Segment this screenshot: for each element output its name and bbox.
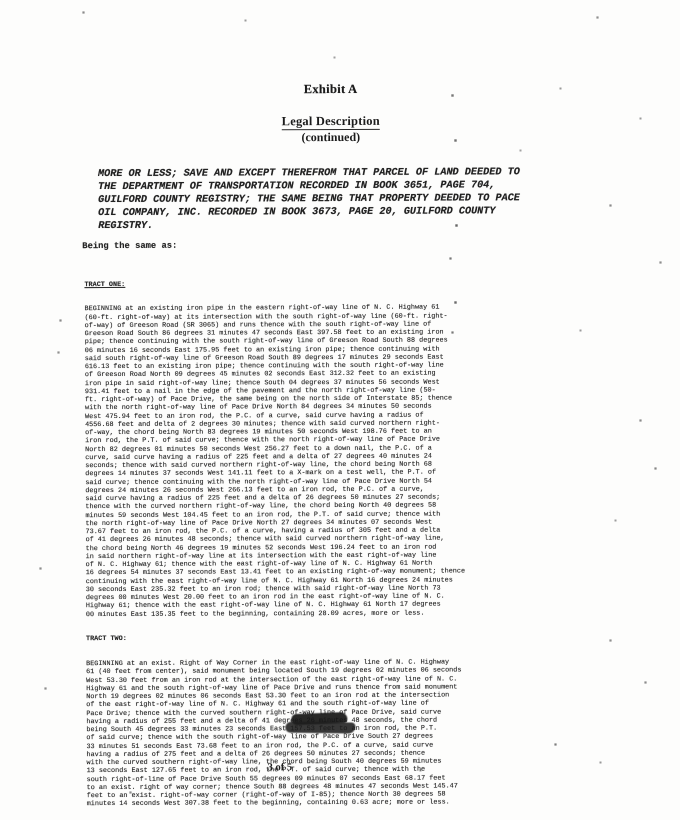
text-line: REGISTRY. [98,218,578,233]
exhibit-title: Exhibit A [0,81,663,99]
tract-one-text: BEGINNING at an existing iron pipe in th… [85,303,586,619]
text-line: 00 minutes East 135.35 feet to the begin… [86,608,586,618]
ink-smudge-blob [285,711,355,741]
subtitle-continued: (continued) [0,129,663,147]
being-same-as-line: Being the same as: [82,241,177,251]
text-line: MORE OR LESS; SAVE AND EXCEPT THEREFROM … [98,166,578,181]
ink-smudge-strip-bottom [285,722,355,734]
text-line: minutes 14 seconds West 307.38 feet to t… [87,798,587,808]
tract-two-heading: TRACT TWO: [86,633,586,643]
document-subtitle: Legal Description [0,113,663,131]
scanned-document-page: Exhibit A Legal Description (continued) … [0,0,680,820]
document-content: Exhibit A Legal Description (continued) … [0,0,680,820]
text-line: GUILFORD COUNTY REGISTRY; THE SAME BEING… [98,192,578,207]
tract-one-heading: TRACT ONE: [84,278,584,288]
page-number: 3 of 5 [268,762,293,773]
recital-paragraph: MORE OR LESS; SAVE AND EXCEPT THEREFROM … [98,166,578,233]
document-header: Exhibit A Legal Description (continued) [0,81,663,147]
subtitle-text: Legal Description [282,114,380,130]
